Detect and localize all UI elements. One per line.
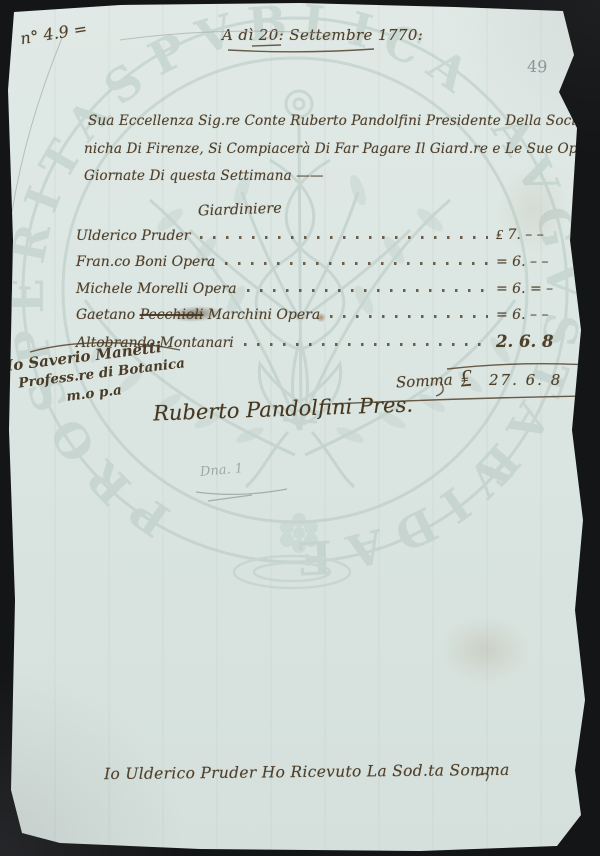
worker-name: Fran.co Boni Opera (76, 254, 215, 270)
receipt-line: Io Ulderico Pruder Ho Ricevuto La Sod.ta… (104, 761, 510, 783)
pencil-folio-number: 49 (527, 57, 548, 77)
amount: 2. 6. 8 (496, 332, 584, 351)
paper-stain (440, 615, 530, 685)
watermark-rosette (280, 513, 318, 553)
amount: = 6. – – (496, 254, 584, 270)
date-line: A dì 20: Settembre 1770: (222, 26, 423, 44)
manuscript-page: PROSPERITAS PVBLICA AVGVSTAE VIDAE (0, 0, 600, 856)
ledger-row: Ulderico Pruder ₤ 7. – – (76, 222, 584, 244)
amount: = 6. = – (496, 281, 584, 297)
scan-background: PROSPERITAS PVBLICA AVGVSTAE VIDAE (0, 0, 600, 856)
name-part: Marchini Opera (203, 307, 320, 323)
somma-label: Somma (396, 371, 454, 392)
name-part: Gaetano (76, 307, 140, 323)
ledger-row: Gaetano Pecchioli Marchini Opera = 6. – … (76, 301, 584, 323)
ledger-row: Michele Morelli Opera = 6. = – (76, 275, 584, 297)
faint-note: Dna. 1 (199, 461, 243, 480)
date-underline (228, 49, 374, 52)
salutation-line: nicha Di Firenze, Si Compiacerà Di Far P… (84, 141, 600, 157)
dotted-leader (244, 343, 488, 346)
pencil-crease-line (12, 38, 62, 212)
lira-symbol: ₤ (459, 363, 474, 393)
dotted-leader (225, 262, 488, 265)
amount: = 6. – – (496, 307, 584, 323)
dotted-leader (247, 289, 488, 292)
worker-name: Michele Morelli Opera (76, 281, 237, 297)
dotted-leader (200, 236, 488, 239)
struck-name-part: Pecchioli (140, 307, 204, 323)
amount: ₤ 7. – – (496, 227, 584, 244)
faint-note-underline (196, 489, 287, 494)
archive-number: n° 4.9 = (19, 19, 88, 48)
watermark-text-bottom: VIDAE (283, 443, 521, 586)
dotted-leader (330, 315, 488, 318)
section-heading: Giardiniere (198, 201, 282, 220)
watermark-text-top: PVBLICA (140, 0, 489, 110)
worker-name: Ulderico Pruder (76, 228, 190, 244)
salutation-line: Giornate Di questa Settimana —— (84, 168, 324, 184)
somma-value: 27. 6. 8 (489, 371, 562, 389)
svg-text:PVBLICA: PVBLICA (140, 0, 489, 110)
ledger-row: Fran.co Boni Opera = 6. – – (76, 248, 584, 270)
president-signature: Ruberto Pandolfini Pres. (153, 392, 414, 425)
svg-text:VIDAE: VIDAE (283, 443, 521, 586)
worker-name: Gaetano Pecchioli Marchini Opera (76, 307, 320, 323)
watermark-countermark (234, 556, 350, 588)
salutation-line: Sua Eccellenza Sig.re Conte Ruberto Pand… (88, 113, 600, 129)
